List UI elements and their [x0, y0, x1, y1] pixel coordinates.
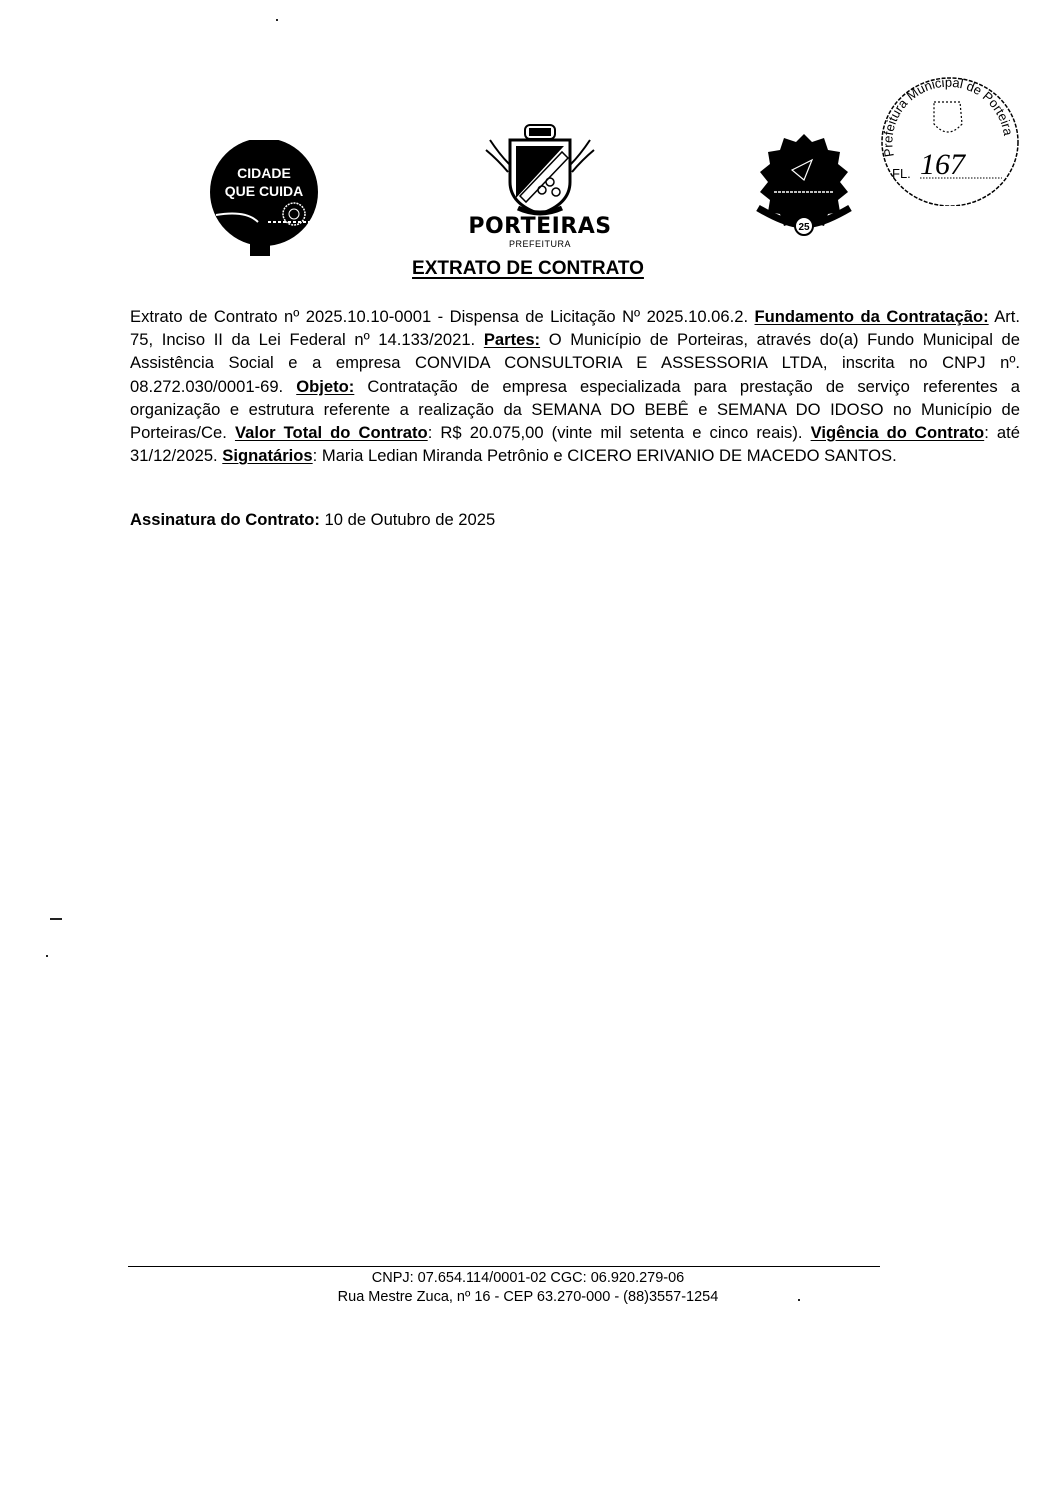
field-label: Signatários — [222, 446, 312, 465]
scan-artifact — [798, 1299, 800, 1301]
svg-text:QUE CUIDA: QUE CUIDA — [225, 183, 304, 199]
municipal-stamp: Prefeitura Municipal de Porteiras FL. 16… — [872, 66, 1022, 206]
scan-artifact — [50, 918, 62, 920]
field-label: Valor Total do Contrato — [235, 423, 428, 442]
scan-artifact — [46, 955, 48, 957]
scan-artifact — [276, 19, 278, 21]
svg-text:25: 25 — [798, 222, 810, 233]
field-text: Extrato de Contrato nº 2025.10.10-0001 -… — [130, 307, 755, 326]
municipality-name: PORTEIRAS — [440, 214, 640, 239]
svg-text:CIDADE: CIDADE — [237, 165, 291, 181]
contract-extract-paragraph: Extrato de Contrato nº 2025.10.10-0001 -… — [130, 305, 1020, 467]
municipality-subtitle: PREFEITURA — [440, 239, 640, 249]
document-title: EXTRATO DE CONTRATO — [0, 258, 1056, 280]
field-text: : Maria Ledian Miranda Petrônio e CICERO… — [313, 446, 897, 465]
svg-text:FL.: FL. — [892, 166, 911, 181]
field-label: Vigência do Contrato — [811, 423, 985, 442]
footer-divider — [128, 1266, 880, 1267]
field-text: : R$ 20.075,00 (vinte mil setenta e cinc… — [428, 423, 811, 442]
footer-registration: CNPJ: 07.654.114/0001-02 CGC: 06.920.279… — [0, 1270, 1056, 1286]
footer-address: Rua Mestre Zuca, nº 16 - CEP 63.270-000 … — [0, 1289, 1056, 1305]
svg-text:167: 167 — [920, 148, 967, 181]
signature-value: 10 de Outubro de 2025 — [320, 510, 495, 529]
field-label: Fundamento da Contratação: — [755, 307, 989, 326]
signature-label: Assinatura do Contrato: — [130, 510, 320, 529]
svg-text:Prefeitura Municipal de Portei: Prefeitura Municipal de Porteiras — [872, 66, 1016, 158]
porteiras-coat-of-arms — [480, 120, 600, 220]
field-label: Objeto: — [296, 377, 354, 396]
contract-signature-date: Assinatura do Contrato: 10 de Outubro de… — [130, 510, 495, 530]
field-label: Partes: — [484, 330, 540, 349]
cidade-que-cuida-logo: CIDADE QUE CUIDA — [206, 140, 322, 256]
anniversary-25-seal: 25 — [752, 130, 856, 236]
